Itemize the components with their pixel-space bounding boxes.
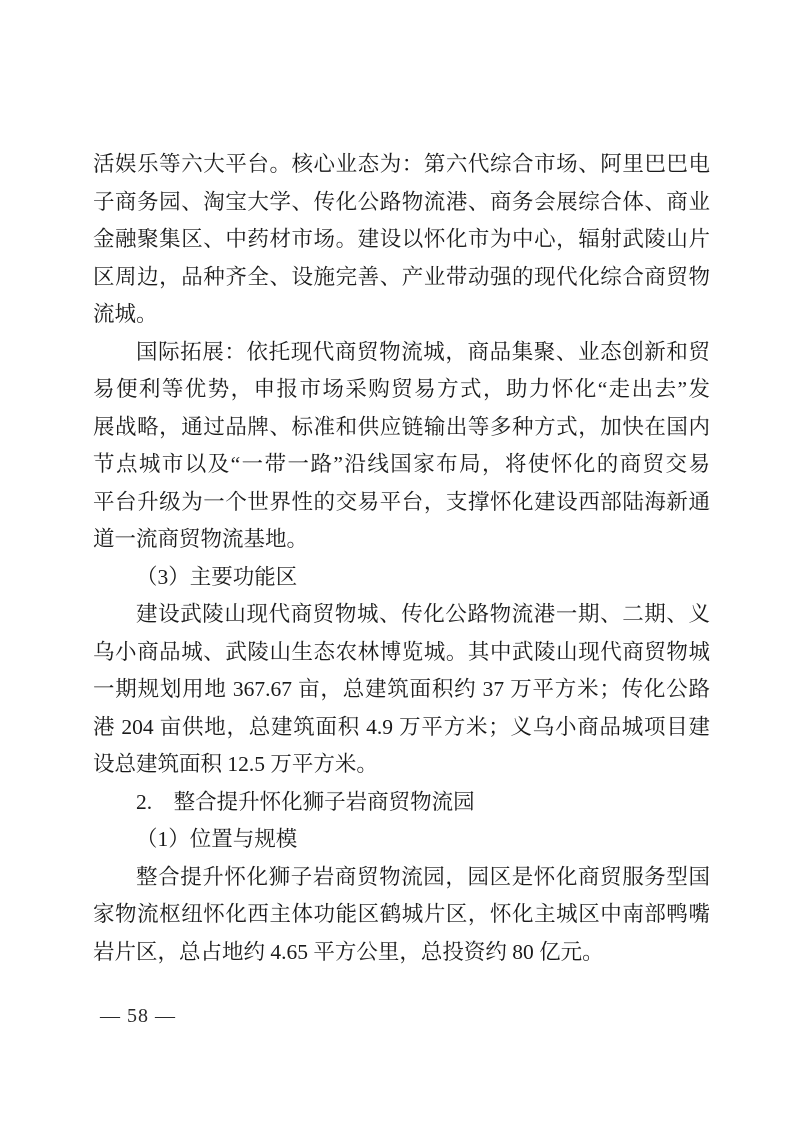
heading-line: （3）主要功能区: [93, 559, 710, 597]
text-line: 流城。: [93, 296, 710, 334]
text-line: 活娱乐等六大平台。核心业态为：第六代综合市场、阿里巴巴电: [93, 146, 710, 184]
text-line: 节点城市以及“一带一路”沿线国家布局，将使怀化的商贸交易: [93, 446, 710, 484]
paragraph-international-expansion: 国际拓展：依托现代商贸物流城，商品集聚、业态创新和贸易便利等优势，申报市场采购贸…: [93, 334, 710, 559]
text-line: 道一流商贸物流基地。: [93, 521, 710, 559]
heading-location-and-scale: （1）位置与规模: [93, 821, 710, 859]
page-number: — 58 —: [100, 1001, 176, 1031]
text-line: 家物流枢纽怀化西主体功能区鹤城片区，怀化主城区中南部鸭嘴: [93, 896, 710, 934]
paragraph-platforms: 活娱乐等六大平台。核心业态为：第六代综合市场、阿里巴巴电子商务园、淘宝大学、传化…: [93, 146, 710, 334]
text-line: 整合提升怀化狮子岩商贸物流园，园区是怀化商贸服务型国: [93, 859, 710, 897]
text-line: 平台升级为一个世界性的交易平台，支撑怀化建设西部陆海新通: [93, 484, 710, 522]
text-line: 区周边，品种齐全、设施完善、产业带动强的现代化综合商贸物: [93, 259, 710, 297]
paragraph-function-zones-detail: 建设武陵山现代商贸物城、传化公路物流港一期、二期、义乌小商品城、武陵山生态农林博…: [93, 596, 710, 784]
text-line: 建设武陵山现代商贸物城、传化公路物流港一期、二期、义: [93, 596, 710, 634]
text-body: 活娱乐等六大平台。核心业态为：第六代综合市场、阿里巴巴电子商务园、淘宝大学、传化…: [93, 146, 710, 971]
text-line: 国际拓展：依托现代商贸物流城，商品集聚、业态创新和贸: [93, 334, 710, 372]
text-line: 子商务园、淘宝大学、传化公路物流港、商务会展综合体、商业: [93, 184, 710, 222]
document-page: 活娱乐等六大平台。核心业态为：第六代综合市场、阿里巴巴电子商务园、淘宝大学、传化…: [0, 0, 793, 1122]
text-line: 岩片区，总占地约 4.65 平方公里，总投资约 80 亿元。: [93, 934, 710, 972]
text-line: 港 204 亩供地，总建筑面积 4.9 万平方米；义乌小商品城项目建: [93, 709, 710, 747]
heading-main-function-zones: （3）主要功能区: [93, 559, 710, 597]
paragraph-shiziyan-detail: 整合提升怀化狮子岩商贸物流园，园区是怀化商贸服务型国家物流枢纽怀化西主体功能区鹤…: [93, 859, 710, 972]
text-line: 易便利等优势，申报市场采购贸易方式，助力怀化“走出去”发: [93, 371, 710, 409]
text-line: 一期规划用地 367.67 亩，总建筑面积约 37 万平方米；传化公路: [93, 671, 710, 709]
heading-item-2-shiziyan-park: 2. 整合提升怀化狮子岩商贸物流园: [93, 784, 710, 822]
heading-line: 2. 整合提升怀化狮子岩商贸物流园: [93, 784, 710, 822]
text-line: 金融聚集区、中药材市场。建设以怀化市为中心，辐射武陵山片: [93, 221, 710, 259]
heading-line: （1）位置与规模: [93, 821, 710, 859]
text-line: 展战略，通过品牌、标准和供应链输出等多种方式，加快在国内: [93, 409, 710, 447]
text-line: 设总建筑面积 12.5 万平方米。: [93, 746, 710, 784]
text-line: 乌小商品城、武陵山生态农林博览城。其中武陵山现代商贸物城: [93, 634, 710, 672]
